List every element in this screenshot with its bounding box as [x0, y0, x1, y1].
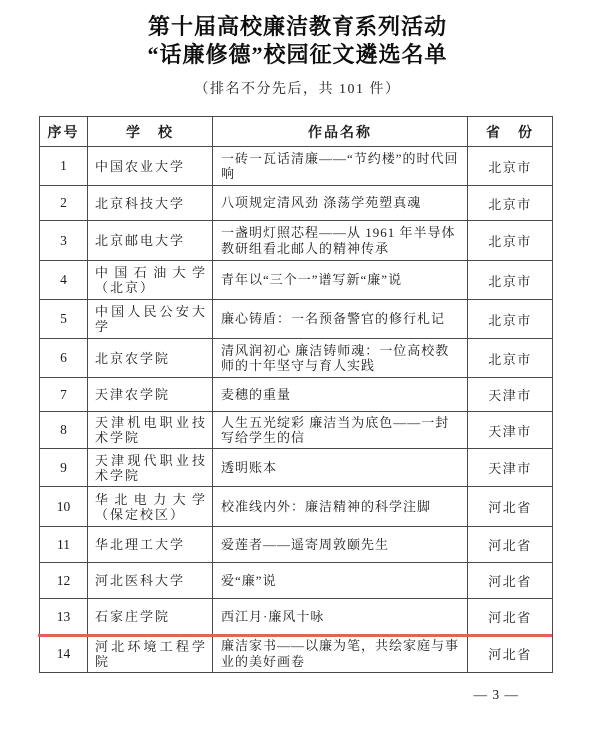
cell-no: 13	[40, 599, 88, 635]
selection-table: 序号 学 校 作品名称 省 份 1 中国农业大学 一砖一瓦话清廉——“节约楼”的…	[39, 116, 553, 673]
cell-no: 14	[40, 635, 88, 673]
header-cell-no: 序号	[40, 117, 88, 147]
cell-province: 北京市	[468, 261, 553, 300]
cell-school: 河北医科大学	[88, 563, 213, 599]
cell-title: 八项规定清风劲 涤荡学苑塑真魂	[213, 186, 468, 221]
cell-title: 廉心铸盾：一名预备警官的修行札记	[213, 300, 468, 339]
document-title: 第十届高校廉洁教育系列活动 “话廉修德”校园征文遴选名单	[0, 13, 595, 69]
cell-title: 青年以“三个一”谱写新“廉”说	[213, 261, 468, 300]
table-row: 3 北京邮电大学 一盏明灯照芯程——从 1961 年半导体教研组看北邮人的精神传…	[40, 221, 553, 261]
cell-school: 天津机电职业技术学院	[88, 412, 213, 449]
document-title-line1: 第十届高校廉洁教育系列活动	[0, 13, 595, 41]
cell-title: 人生五光绽彩 廉洁当为底色——一封写给学生的信	[213, 412, 468, 449]
cell-province: 北京市	[468, 186, 553, 221]
cell-province: 河北省	[468, 487, 553, 527]
cell-no: 1	[40, 147, 88, 186]
cell-no: 2	[40, 186, 88, 221]
cell-school: 北京邮电大学	[88, 221, 213, 261]
cell-no: 11	[40, 527, 88, 563]
cell-no: 10	[40, 487, 88, 527]
cell-school: 华北电力大学（保定校区）	[88, 487, 213, 527]
cell-title: 爱“廉”说	[213, 563, 468, 599]
table-row: 1 中国农业大学 一砖一瓦话清廉——“节约楼”的时代回响 北京市	[40, 147, 553, 186]
cell-no: 4	[40, 261, 88, 300]
cell-province: 北京市	[468, 300, 553, 339]
cell-no: 7	[40, 378, 88, 412]
cell-school: 石家庄学院	[88, 599, 213, 635]
table-row: 2 北京科技大学 八项规定清风劲 涤荡学苑塑真魂 北京市	[40, 186, 553, 221]
table-row: 12 河北医科大学 爱“廉”说 河北省	[40, 563, 553, 599]
cell-province: 北京市	[468, 339, 553, 378]
table-row: 8 天津机电职业技术学院 人生五光绽彩 廉洁当为底色——一封写给学生的信 天津市	[40, 412, 553, 449]
cell-school: 天津现代职业技术学院	[88, 449, 213, 487]
cell-title: 透明账本	[213, 449, 468, 487]
cell-school: 北京科技大学	[88, 186, 213, 221]
cell-province: 北京市	[468, 221, 553, 261]
table-row: 11 华北理工大学 爱莲者——遥寄周敦颐先生 河北省	[40, 527, 553, 563]
table-row: 9 天津现代职业技术学院 透明账本 天津市	[40, 449, 553, 487]
cell-province: 河北省	[468, 599, 553, 635]
cell-title: 一盏明灯照芯程——从 1961 年半导体教研组看北邮人的精神传承	[213, 221, 468, 261]
header-cell-title: 作品名称	[213, 117, 468, 147]
cell-no: 3	[40, 221, 88, 261]
cell-province: 北京市	[468, 147, 553, 186]
table-row: 5 中国人民公安大学 廉心铸盾：一名预备警官的修行札记 北京市	[40, 300, 553, 339]
header-cell-province: 省 份	[468, 117, 553, 147]
cell-title: 西江月·廉风十咏	[213, 599, 468, 635]
cell-title: 爱莲者——遥寄周敦颐先生	[213, 527, 468, 563]
cell-province: 天津市	[468, 378, 553, 412]
cell-no: 8	[40, 412, 88, 449]
cell-school: 北京农学院	[88, 339, 213, 378]
cell-province: 天津市	[468, 449, 553, 487]
table-row: 10 华北电力大学（保定校区） 校准线内外：廉洁精神的科学注脚 河北省	[40, 487, 553, 527]
cell-no: 5	[40, 300, 88, 339]
selection-table-wrap: 序号 学 校 作品名称 省 份 1 中国农业大学 一砖一瓦话清廉——“节约楼”的…	[39, 116, 553, 673]
cell-school: 天津农学院	[88, 378, 213, 412]
cell-school: 华北理工大学	[88, 527, 213, 563]
document-title-line2: “话廉修德”校园征文遴选名单	[0, 41, 595, 69]
cell-province: 河北省	[468, 635, 553, 673]
cell-school: 河北环境工程学院	[88, 635, 213, 673]
cell-province: 天津市	[468, 412, 553, 449]
table-row: 4 中国石油大学（北京） 青年以“三个一”谱写新“廉”说 北京市	[40, 261, 553, 300]
cell-school: 中国石油大学（北京）	[88, 261, 213, 300]
table-row: 6 北京农学院 清风润初心 廉洁铸师魂：一位高校教师的十年坚守与育人实践 北京市	[40, 339, 553, 378]
cell-title: 清风润初心 廉洁铸师魂：一位高校教师的十年坚守与育人实践	[213, 339, 468, 378]
cell-province: 河北省	[468, 527, 553, 563]
cell-title: 麦穗的重量	[213, 378, 468, 412]
table-header-row: 序号 学 校 作品名称 省 份	[40, 117, 553, 147]
cell-school: 中国人民公安大学	[88, 300, 213, 339]
cell-title: 廉洁家书——以廉为笔，共绘家庭与事业的美好画卷	[213, 635, 468, 673]
cell-province: 河北省	[468, 563, 553, 599]
document-page: 第十届高校廉洁教育系列活动 “话廉修德”校园征文遴选名单 （排名不分先后，共 1…	[0, 0, 595, 730]
cell-no: 9	[40, 449, 88, 487]
cell-title: 校准线内外：廉洁精神的科学注脚	[213, 487, 468, 527]
document-subtitle: （排名不分先后，共 101 件）	[0, 81, 595, 99]
page-number: — 3 —	[474, 687, 520, 703]
table-row: 13 石家庄学院 西江月·廉风十咏 河北省	[40, 599, 553, 635]
cell-no: 6	[40, 339, 88, 378]
table-row: 14 河北环境工程学院 廉洁家书——以廉为笔，共绘家庭与事业的美好画卷 河北省	[40, 635, 553, 673]
header-cell-school: 学 校	[88, 117, 213, 147]
cell-no: 12	[40, 563, 88, 599]
cell-school: 中国农业大学	[88, 147, 213, 186]
cell-title: 一砖一瓦话清廉——“节约楼”的时代回响	[213, 147, 468, 186]
highlight-underline-row13	[38, 634, 552, 637]
table-row: 7 天津农学院 麦穗的重量 天津市	[40, 378, 553, 412]
